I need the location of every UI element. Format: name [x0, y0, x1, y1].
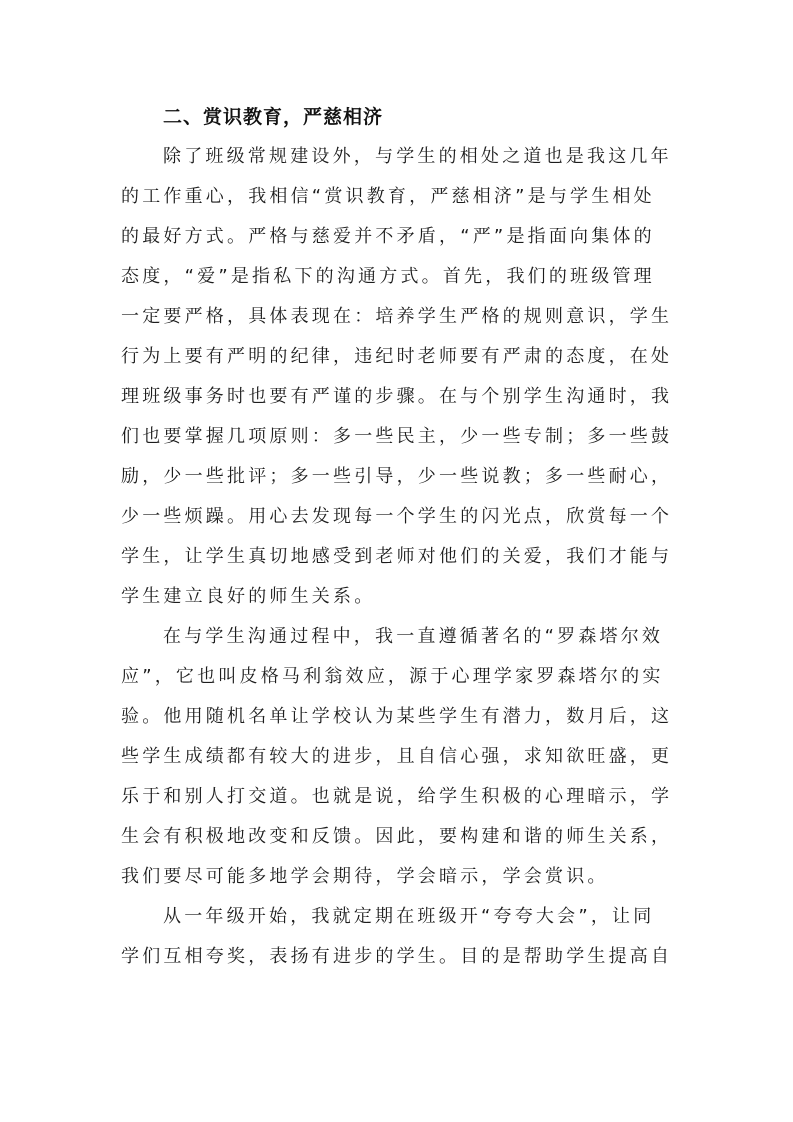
paragraph-3-line-1: 从一年级开始，我就定期在班级开“夸夸大会”，让同: [163, 902, 654, 932]
paragraph-2-line-6: 生会有积极地改变和反馈。因此，要构建和谐的师生关系，: [121, 822, 672, 852]
paragraph-1-line-1: 除了班级常规建设外，与学生的相处之道也是我这几年: [163, 142, 672, 172]
paragraph-1-line-10: 少一些烦躁。用心去发现每一个学生的闪光点，欣赏每一个: [121, 502, 672, 532]
paragraph-1-line-12: 学生建立良好的师生关系。: [121, 582, 375, 612]
paragraph-1-line-2: 的工作重心，我相信“赏识教育，严慈相济”是与学生相处: [121, 182, 655, 212]
paragraph-2-line-3: 验。他用随机名单让学校认为某些学生有潜力，数月后，这: [121, 702, 672, 732]
paragraph-1-line-7: 理班级事务时也要有严谨的步骤。在与个别学生沟通时，我: [121, 382, 672, 412]
paragraph-2-line-1: 在与学生沟通过程中，我一直遵循著名的“罗森塔尔效: [163, 622, 663, 652]
document-page: 二、赏识教育，严慈相济 除了班级常规建设外，与学生的相处之道也是我这几年 的工作…: [0, 0, 793, 1122]
section-heading: 二、赏识教育，严慈相济: [163, 102, 383, 132]
paragraph-1-line-6: 行为上要有严明的纪律，违纪时老师要有严肃的态度，在处: [121, 342, 672, 372]
paragraph-1-line-4: 态度，“爱”是指私下的沟通方式。首先，我们的班级管理: [121, 262, 655, 292]
paragraph-3-line-2: 学们互相夸奖，表扬有进步的学生。目的是帮助学生提高自: [121, 942, 672, 972]
paragraph-2-line-5: 乐于和别人打交道。也就是说，给学生积极的心理暗示，学: [121, 782, 672, 812]
paragraph-1-line-11: 学生，让学生真切地感受到老师对他们的关爱，我们才能与: [121, 542, 672, 572]
paragraph-2-line-4: 些学生成绩都有较大的进步，且自信心强，求知欲旺盛，更: [121, 742, 672, 772]
paragraph-1-line-3: 的最好方式。严格与慈爱并不矛盾，“严”是指面向集体的: [121, 222, 655, 252]
paragraph-1-line-5: 一定要严格，具体表现在：培养学生严格的规则意识，学生: [121, 302, 672, 332]
paragraph-2-line-2: 应”，它也叫皮格马利翁效应，源于心理学家罗森塔尔的实: [121, 662, 664, 692]
paragraph-2-line-7: 我们要尽可能多地学会期待，学会暗示，学会赏识。: [121, 862, 609, 892]
paragraph-1-line-9: 励，少一些批评；多一些引导，少一些说教；多一些耐心，: [121, 462, 672, 492]
paragraph-1-line-8: 们也要掌握几项原则：多一些民主，少一些专制；多一些鼓: [121, 422, 672, 452]
